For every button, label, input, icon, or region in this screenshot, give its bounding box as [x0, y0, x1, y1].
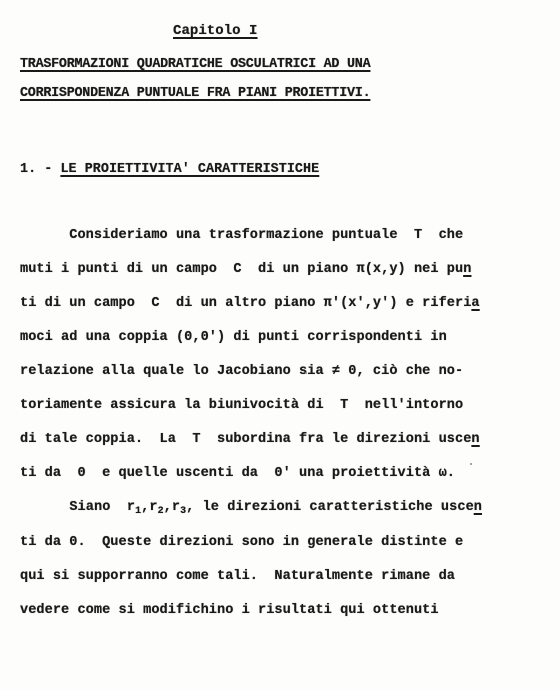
body-line: ti da 0. Queste direzioni sono in genera…	[20, 535, 463, 550]
body-line: Siano r1,r2,r3, le direzioni caratterist…	[20, 500, 482, 517]
section-number: 1. -	[20, 162, 60, 177]
section-heading: 1. - LE PROIETTIVITA' CARATTERISTICHE	[20, 162, 319, 177]
body-line: ti da 0 e quelle uscenti da 0' una proie…	[20, 466, 455, 481]
chapter-title: Capitolo I	[173, 23, 258, 39]
body-line: toriamente assicura la biunivocità di T …	[20, 398, 463, 413]
body-line: ti di un campo C di un altro piano π'(x'…	[20, 296, 480, 311]
body-line: qui si supporranno come tali. Naturalmen…	[20, 569, 455, 584]
section-title: LE PROIETTIVITA' CARATTERISTICHE	[60, 162, 319, 177]
body-line: Consideriamo una trasformazione puntuale…	[20, 228, 463, 243]
body-line: vedere come si modifichino i risultati q…	[20, 603, 439, 618]
body-line: relazione alla quale lo Jacobiano sia ≠ …	[20, 364, 463, 379]
body-line: moci ad una coppia (0,0') di punti corri…	[20, 330, 447, 345]
body-line: muti i punti di un campo C di un piano π…	[20, 262, 471, 277]
hyphenation-mark: n	[474, 500, 482, 515]
chapter-subtitle-line-2: CORRISPONDENZA PUNTUALE FRA PIANI PROIET…	[20, 86, 370, 101]
hyphenation-mark: a	[471, 296, 479, 311]
hyphenation-mark: n	[463, 262, 471, 277]
body-line: di tale coppia. La T subordina fra le di…	[20, 432, 480, 447]
hyphenation-mark: n	[471, 432, 479, 447]
scan-speck	[305, 372, 307, 374]
scan-speck	[470, 463, 472, 465]
chapter-subtitle-line-1: TRASFORMAZIONI QUADRATICHE OSCULATRICI A…	[20, 57, 370, 72]
typewritten-page: Capitolo I TRASFORMAZIONI QUADRATICHE OS…	[0, 0, 560, 690]
